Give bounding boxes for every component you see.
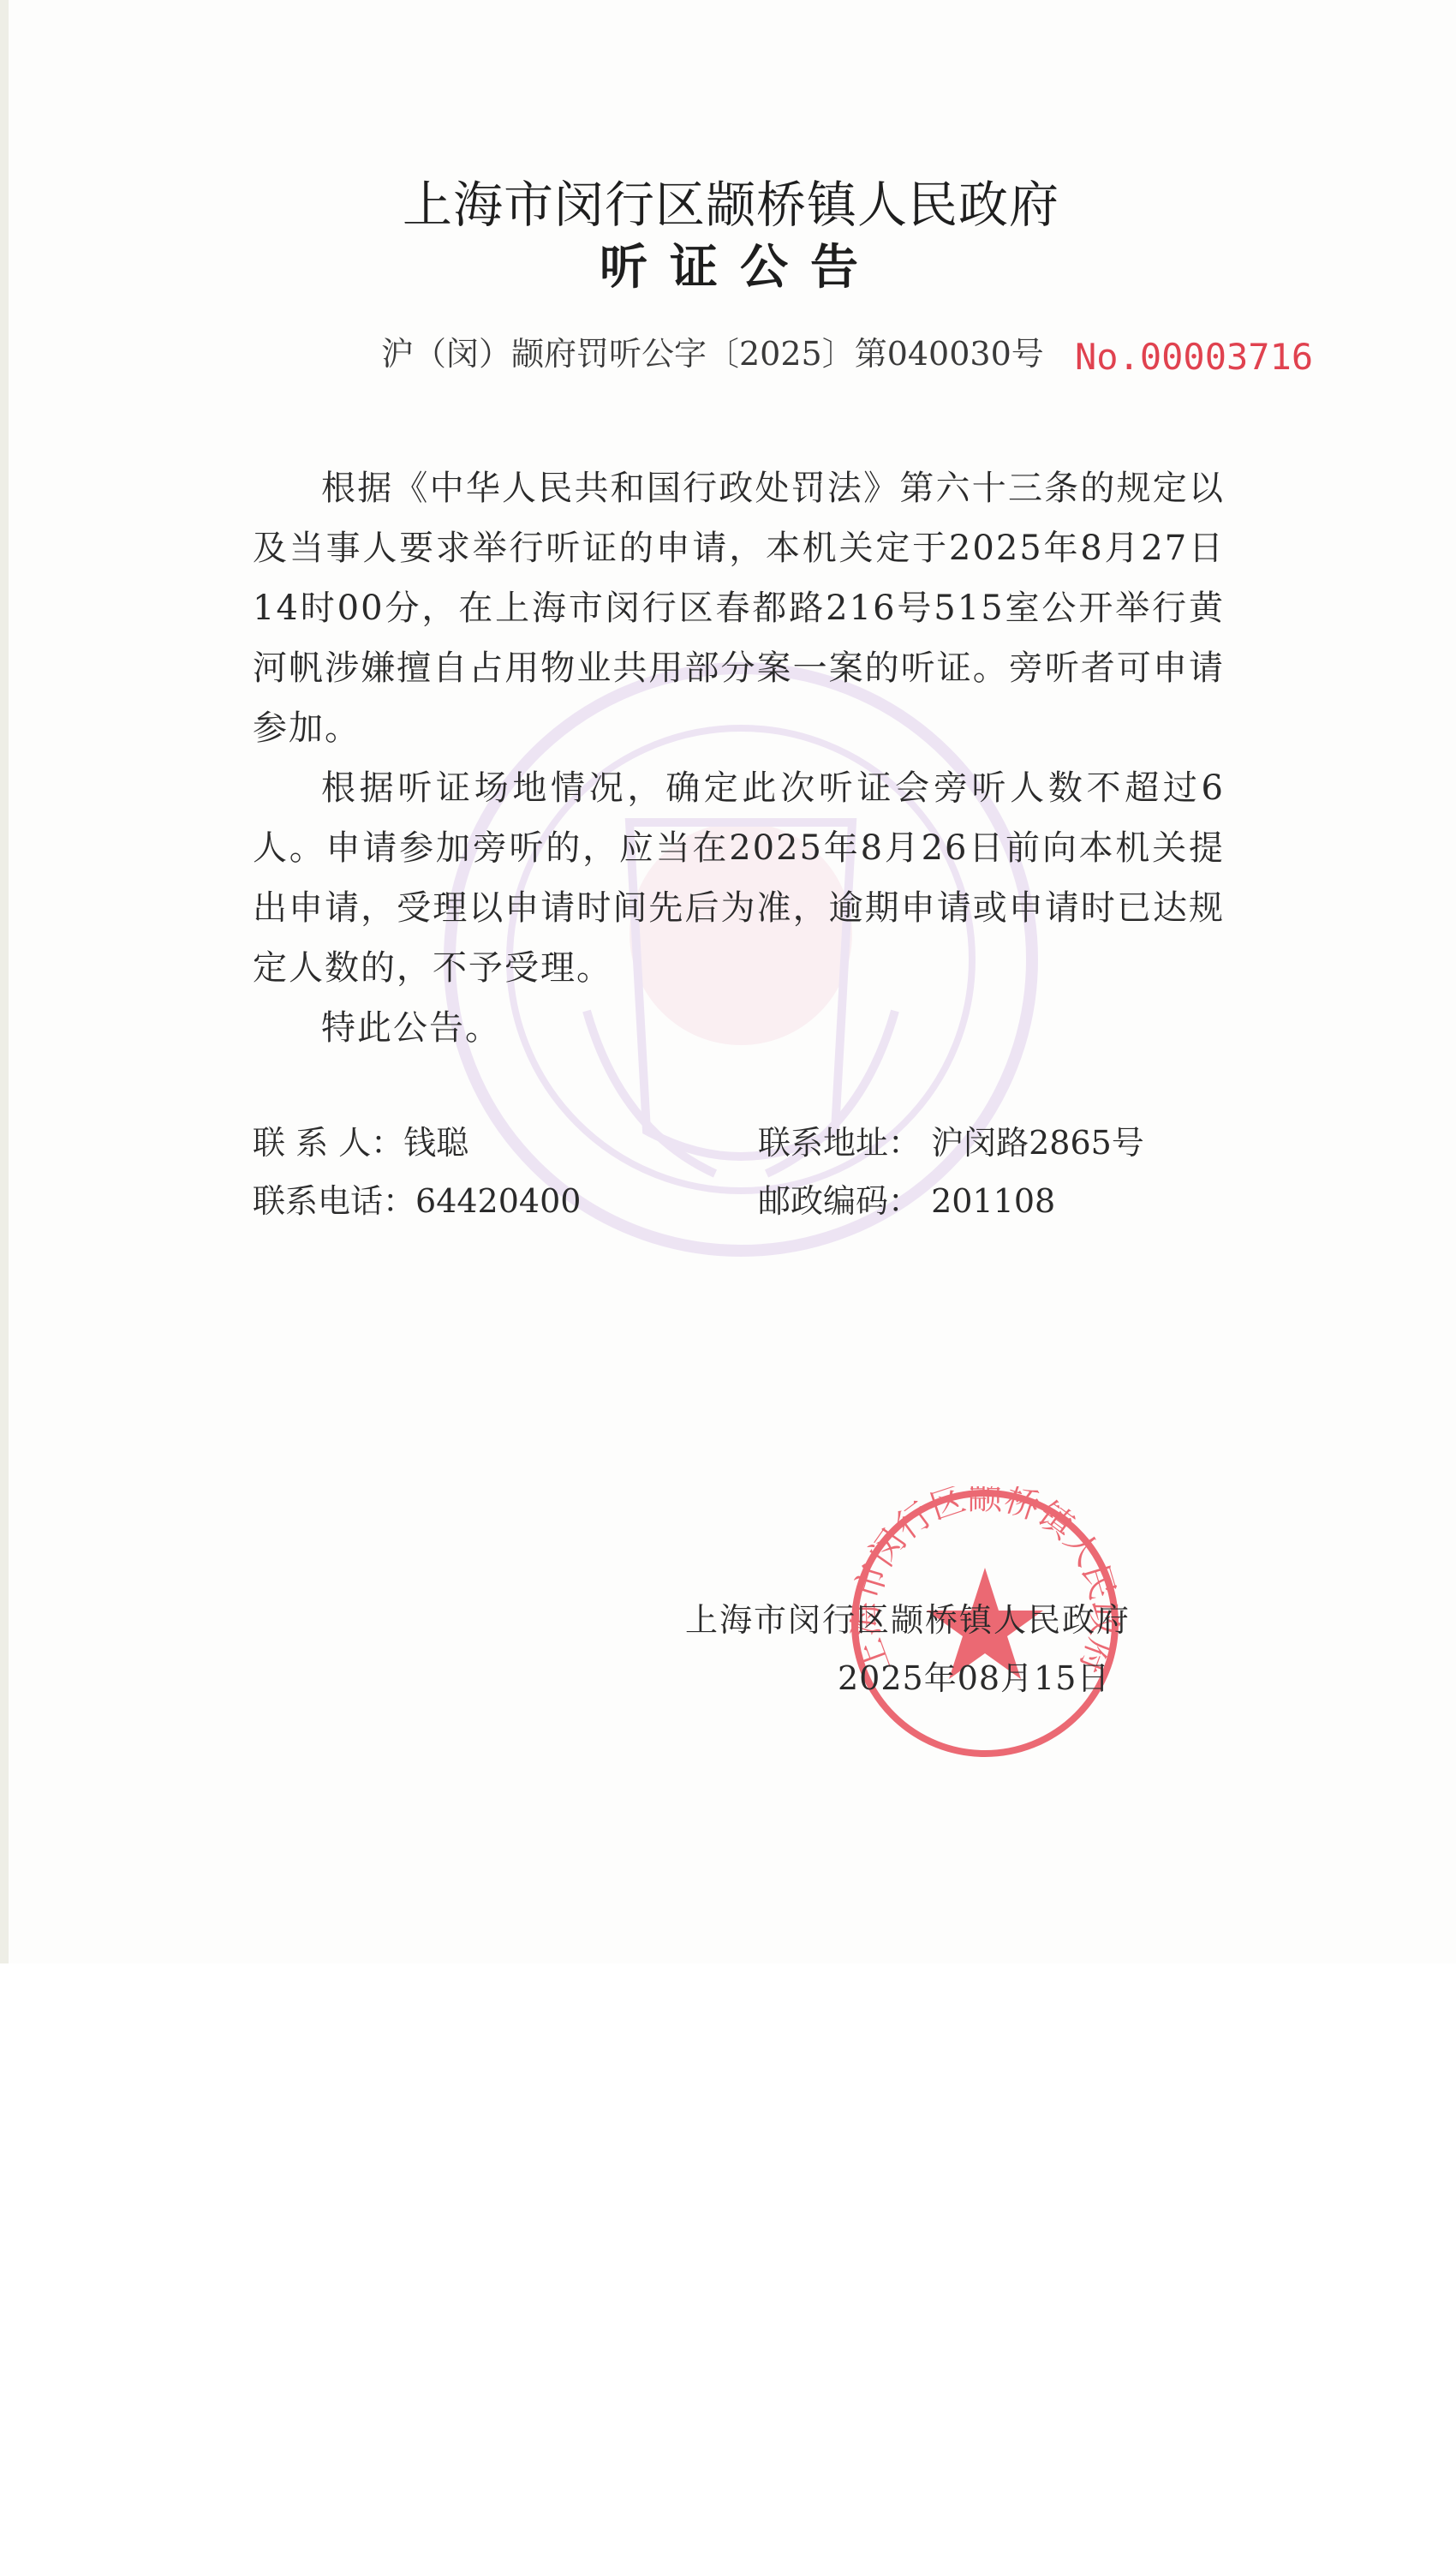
contact-person-label: 联 系 人： <box>253 1124 403 1162</box>
signature-organization: 上海市闵行区颛桥镇人民政府 <box>685 1593 1131 1641</box>
notice-title: 听证公告 <box>600 230 880 298</box>
paragraph-hearing: 根据《中华人民共和国行政处罚法》第六十三条的规定以及当事人要求举行听证的申请，本… <box>253 458 1225 758</box>
contact-row-1: 联 系 人：钱聪 联系地址： 沪闵路2865号 <box>253 1114 1238 1172</box>
contact-info: 联 系 人：钱聪 联系地址： 沪闵路2865号 联系电话：64420400 邮政… <box>253 1114 1238 1230</box>
document-number: 沪（闵）颛府罚听公字〔2025〕第040030号 <box>381 327 1044 374</box>
scan-edge <box>0 0 9 1963</box>
contact-address: 联系地址： 沪闵路2865号 <box>758 1114 1144 1172</box>
contact-postcode: 邮政编码： 201108 <box>758 1172 1055 1230</box>
contact-phone: 联系电话：64420400 <box>253 1172 581 1230</box>
issuer-title: 上海市闵行区颛桥镇人民政府 <box>403 164 1059 236</box>
address-value: 沪闵路2865号 <box>931 1124 1144 1162</box>
phone-label: 联系电话： <box>253 1182 415 1220</box>
paragraph-audience: 根据听证场地情况，确定此次听证会旁听人数不超过6人。申请参加旁听的，应当在202… <box>253 758 1225 998</box>
postcode-label: 邮政编码： <box>758 1182 921 1220</box>
paragraph-closing: 特此公告。 <box>253 998 1225 1058</box>
contact-person: 联 系 人：钱聪 <box>253 1114 468 1172</box>
postcode-value: 201108 <box>931 1182 1055 1220</box>
signature-date: 2025年08月15日 <box>838 1652 1110 1699</box>
contact-row-2: 联系电话：64420400 邮政编码： 201108 <box>253 1172 1238 1230</box>
phone-value: 64420400 <box>415 1182 581 1220</box>
address-label: 联系地址： <box>758 1124 921 1162</box>
serial-stamp: No.00003716 <box>1075 336 1313 378</box>
contact-person-value: 钱聪 <box>403 1124 468 1162</box>
notice-body: 根据《中华人民共和国行政处罚法》第六十三条的规定以及当事人要求举行听证的申请，本… <box>253 458 1225 1058</box>
